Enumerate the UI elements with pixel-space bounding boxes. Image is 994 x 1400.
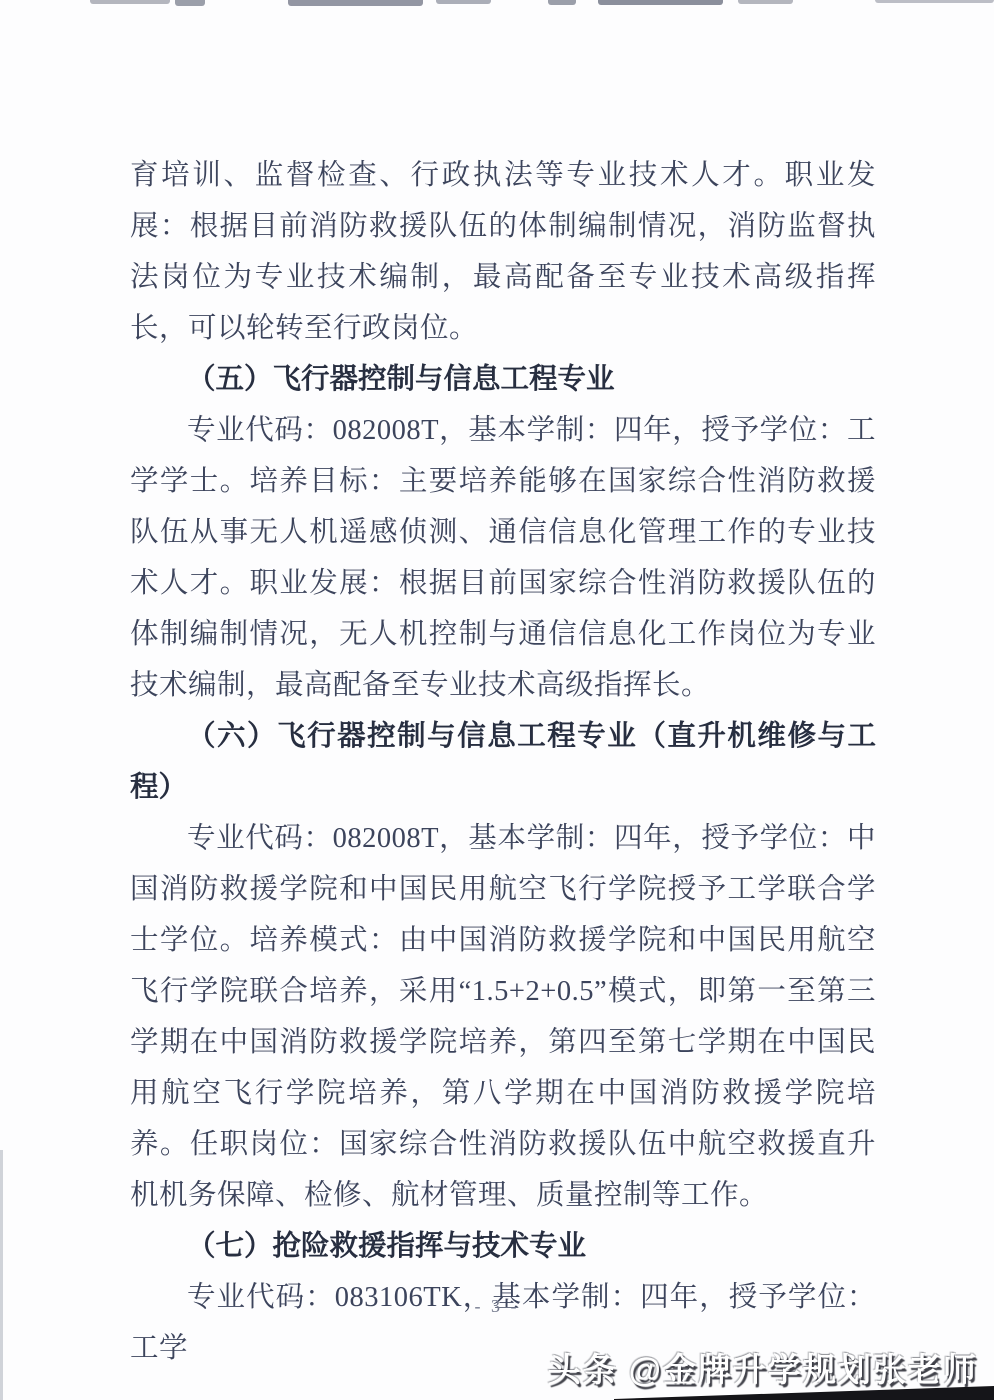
paragraph-major-5-details: 专业代码：082008T，基本学制：四年，授予学位：工学学士。培养目标：主要培养… [130, 405, 876, 711]
scan-smudge [288, 0, 423, 6]
scan-smudge [738, 0, 793, 4]
heading-major-5-aircraft-control: （五）飞行器控制与信息工程专业 [130, 354, 876, 405]
heading-major-7-rescue-command: （七）抢险救援指挥与技术专业 [130, 1221, 876, 1272]
scan-top-edge-artifacts [0, 0, 994, 8]
toutiao-watermark: 头条 @金牌升学规划张老师 [548, 1344, 978, 1391]
scan-smudge [436, 0, 491, 4]
page-number: - 3 - [0, 1296, 994, 1317]
scanned-document-page: { "colors": { "page_background": "#fdfdf… [0, 0, 994, 1400]
scan-smudge [90, 0, 170, 4]
paragraph-fire-supervision-career: 育培训、监督检查、行政执法等专业技术人才。职业发展：根据目前消防救援队伍的体制编… [130, 150, 876, 354]
scan-smudge [875, 0, 994, 3]
scan-smudge [548, 0, 576, 5]
paragraph-major-6-details: 专业代码：082008T，基本学制：四年，授予学位：中国消防救援学院和中国民用航… [130, 813, 876, 1221]
scan-left-edge-streak [0, 1150, 3, 1400]
document-body: 育培训、监督检查、行政执法等专业技术人才。职业发展：根据目前消防救援队伍的体制编… [130, 150, 876, 1374]
scan-smudge [175, 0, 205, 6]
heading-major-6-helicopter-maintenance: （六）飞行器控制与信息工程专业（直升机维修与工程） [130, 711, 876, 813]
scan-smudge [598, 0, 723, 5]
